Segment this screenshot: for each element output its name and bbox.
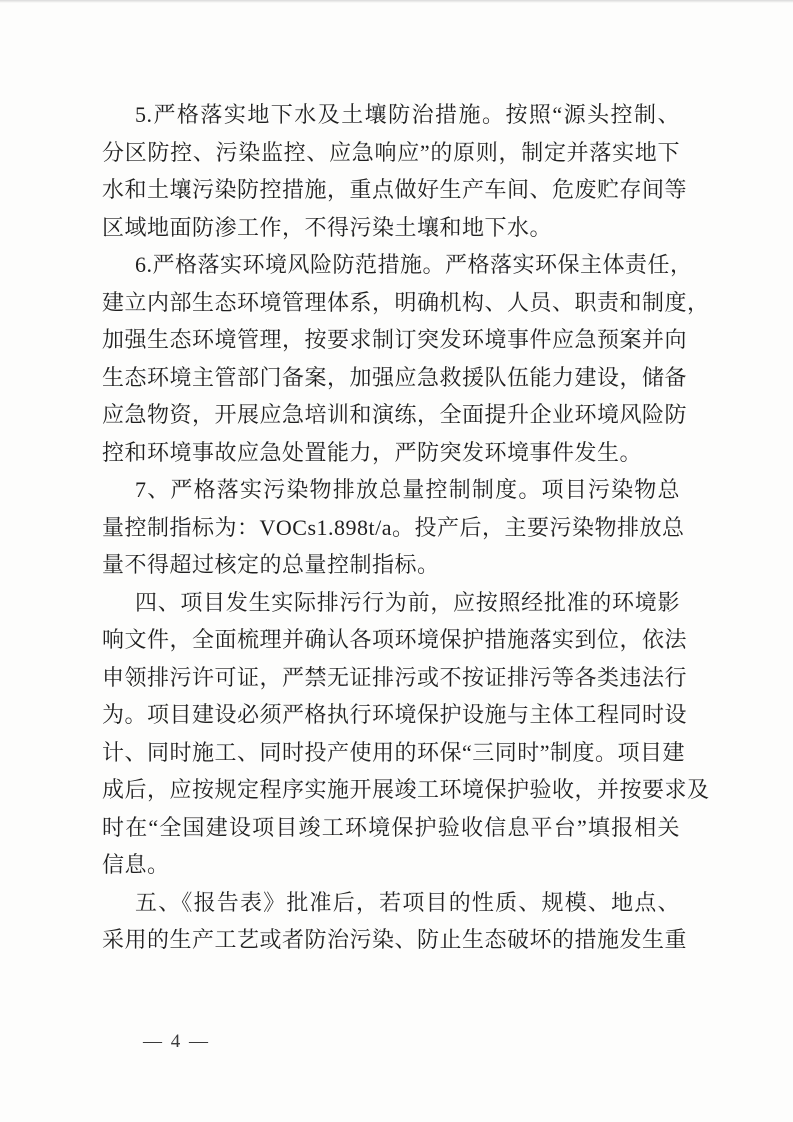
text-line: 加强生态环境管理，按要求制订突发环境事件应急预案并向 bbox=[102, 321, 680, 359]
text-line: 生态环境主管部门备案，加强应急救援队伍能力建设，储备 bbox=[102, 359, 680, 397]
text-line: 四、项目发生实际排污行为前，应按照经批准的环境影 bbox=[102, 584, 680, 622]
text-line: 量控制指标为：VOCs1.898t/a。投产后，主要污染物排放总 bbox=[102, 509, 680, 547]
document-body: 5.严格落实地下水及土壤防治措施。按照“源头控制、 分区防控、污染监控、应急响应… bbox=[102, 96, 680, 959]
paragraph-item-5: 5.严格落实地下水及土壤防治措施。按照“源头控制、 分区防控、污染监控、应急响应… bbox=[102, 96, 680, 246]
text-line: 建立内部生态环境管理体系，明确机构、人员、职责和制度， bbox=[102, 284, 680, 322]
text-line: 信息。 bbox=[102, 846, 680, 884]
text-line: 应急物资，开展应急培训和演练，全面提升企业环境风险防 bbox=[102, 396, 680, 434]
text-line: 分区防控、污染监控、应急响应”的原则，制定并落实地下 bbox=[102, 134, 680, 172]
text-line: 时在“全国建设项目竣工环境保护验收信息平台”填报相关 bbox=[102, 809, 680, 847]
paragraph-item-7: 7、严格落实污染物排放总量控制制度。项目污染物总 量控制指标为：VOCs1.89… bbox=[102, 471, 680, 584]
text-line: 成后，应按规定程序实施开展竣工环境保护验收，并按要求及 bbox=[102, 771, 680, 809]
page-number: — 4 — bbox=[143, 1031, 210, 1053]
text-line: 为。项目建设必须严格执行环境保护设施与主体工程同时设 bbox=[102, 696, 680, 734]
text-line: 响文件，全面梳理并确认各项环境保护措施落实到位，依法 bbox=[102, 621, 680, 659]
text-line: 申领排污许可证，严禁无证排污或不按证排污等各类违法行 bbox=[102, 659, 680, 697]
text-line: 5.严格落实地下水及土壤防治措施。按照“源头控制、 bbox=[102, 96, 680, 134]
text-line: 7、严格落实污染物排放总量控制制度。项目污染物总 bbox=[102, 471, 680, 509]
text-line: 量不得超过核定的总量控制指标。 bbox=[102, 546, 680, 584]
text-line: 6.严格落实环境风险防范措施。严格落实环保主体责任， bbox=[102, 246, 680, 284]
paragraph-section-4: 四、项目发生实际排污行为前，应按照经批准的环境影 响文件，全面梳理并确认各项环境… bbox=[102, 584, 680, 884]
document-page: 5.严格落实地下水及土壤防治措施。按照“源头控制、 分区防控、污染监控、应急响应… bbox=[0, 0, 793, 1122]
text-line: 采用的生产工艺或者防治污染、防止生态破坏的措施发生重 bbox=[102, 921, 680, 959]
text-line: 计、同时施工、同时投产使用的环保“三同时”制度。项目建 bbox=[102, 734, 680, 772]
text-line: 区域地面防渗工作，不得污染土壤和地下水。 bbox=[102, 209, 680, 247]
text-line: 五、《报告表》批准后，若项目的性质、规模、地点、 bbox=[102, 884, 680, 922]
text-line: 水和土壤污染防控措施，重点做好生产车间、危废贮存间等 bbox=[102, 171, 680, 209]
paragraph-section-5: 五、《报告表》批准后，若项目的性质、规模、地点、 采用的生产工艺或者防治污染、防… bbox=[102, 884, 680, 959]
text-line: 控和环境事故应急处置能力，严防突发环境事件发生。 bbox=[102, 434, 680, 472]
paragraph-item-6: 6.严格落实环境风险防范措施。严格落实环保主体责任， 建立内部生态环境管理体系，… bbox=[102, 246, 680, 471]
